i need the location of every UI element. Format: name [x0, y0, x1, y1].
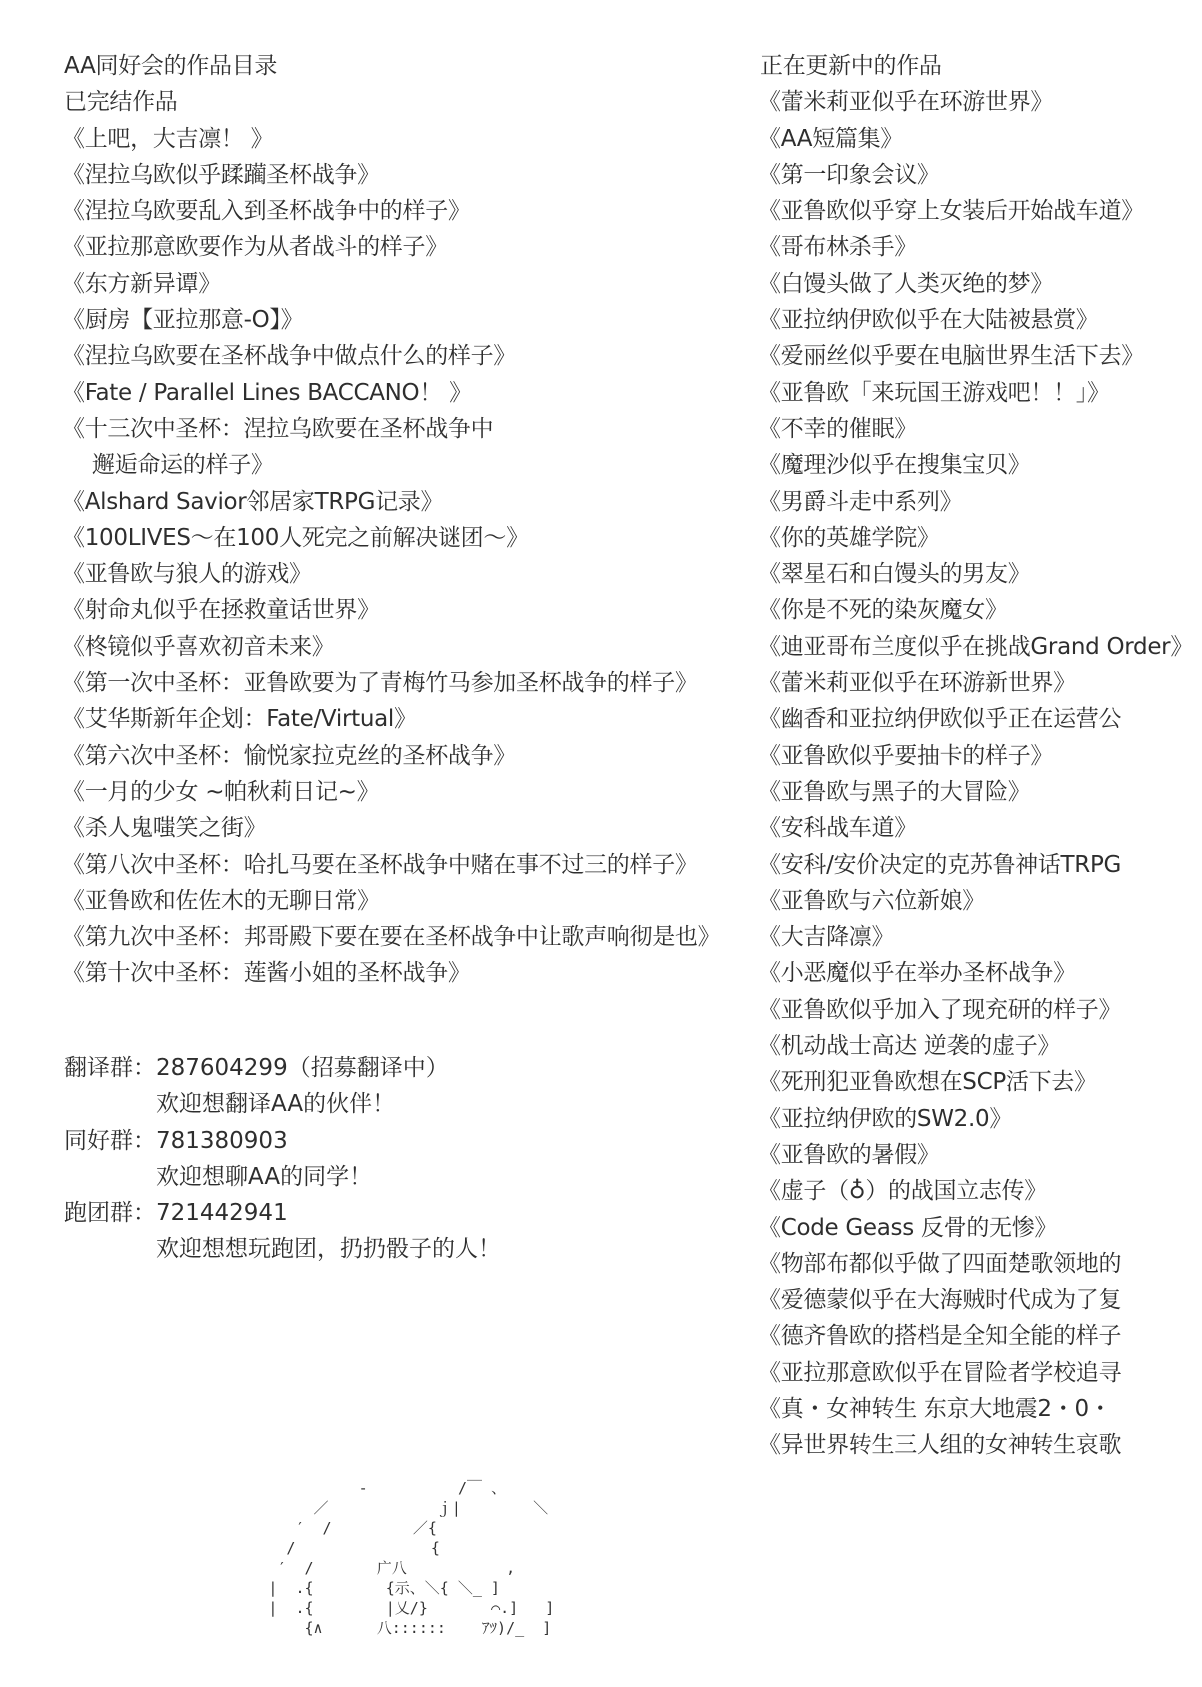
ongoing-work-item: 《亚鲁欧的暑假》 [760, 1137, 1202, 1173]
group-note: 欢迎想翻译AA的伙伴！ [64, 1086, 501, 1122]
completed-work-item: 《十三次中圣杯：涅拉乌欧要在圣杯战争中 [62, 411, 754, 447]
ascii-art-illustration: - /￣ 、 ／ ｊ| ＼ ′ / ／{ / { ′ / 广八 , | .{ {… [160, 1478, 554, 1638]
completed-work-item: 《上吧，大吉凛！ 》 [62, 121, 754, 157]
ongoing-work-item: 《机动战士高达 逆袭的虚子》 [760, 1028, 1202, 1064]
ongoing-work-item: 《迪亚哥布兰度似乎在挑战Grand Order》 [760, 629, 1202, 665]
ongoing-work-item: 《物部布都似乎做了四面楚歌领地的 [760, 1246, 1202, 1282]
ongoing-works-column: 正在更新中的作品 《蕾米莉亚似乎在环游世界》 《AA短篇集》 《第一印象会议》 … [760, 48, 1202, 1464]
ongoing-section-title: 正在更新中的作品 [760, 48, 1202, 84]
ongoing-work-item: 《安科战车道》 [760, 810, 1202, 846]
ongoing-work-item: 《翠星石和白馒头的男友》 [760, 556, 1202, 592]
ongoing-work-item: 《亚鲁欧与六位新娘》 [760, 883, 1202, 919]
trpg-group-row: 跑团群： 721442941 [64, 1195, 501, 1231]
ongoing-work-item: 《你是不死的染灰魔女》 [760, 592, 1202, 628]
completed-work-item: 《100LIVES～在100人死完之前解决谜团～》 [62, 520, 754, 556]
ongoing-work-item: 《亚鲁欧似乎要抽卡的样子》 [760, 738, 1202, 774]
ongoing-work-item: 《虚子（♁）的战国立志传》 [760, 1173, 1202, 1209]
ongoing-work-item: 《男爵斗走中系列》 [760, 484, 1202, 520]
completed-section-title: 已完结作品 [64, 84, 754, 120]
completed-work-item: 《东方新异谭》 [62, 266, 754, 302]
ongoing-work-item: 《大吉降凛》 [760, 919, 1202, 955]
ongoing-work-item: 《亚鲁欧与黑子的大冒险》 [760, 774, 1202, 810]
group-contacts: 翻译群： 287604299（招募翻译中） 欢迎想翻译AA的伙伴！ 同好群： 7… [64, 1050, 501, 1268]
ongoing-work-item: 《亚鲁欧似乎穿上女装后开始战车道》 [760, 193, 1202, 229]
translation-group-row: 翻译群： 287604299（招募翻译中） [64, 1050, 501, 1086]
ongoing-work-item: 《不幸的催眠》 [760, 411, 1202, 447]
ongoing-work-item: 《AA短篇集》 [760, 121, 1202, 157]
ongoing-work-item: 《德齐鲁欧的搭档是全知全能的样子 [760, 1318, 1202, 1354]
completed-work-item: 《射命丸似乎在拯救童话世界》 [62, 592, 754, 628]
group-number: 721442941 [156, 1195, 288, 1231]
ongoing-work-item: 《亚拉纳伊欧似乎在大陆被悬赏》 [760, 302, 1202, 338]
group-note: 欢迎想想玩跑团，扔扔骰子的人！ [64, 1231, 501, 1267]
ongoing-work-item: 《爱德蒙似乎在大海贼时代成为了复 [760, 1282, 1202, 1318]
ongoing-work-item: 《蕾米莉亚似乎在环游世界》 [760, 84, 1202, 120]
completed-work-item: 《厨房【亚拉那意-O】》 [62, 302, 754, 338]
ongoing-work-item: 《Code Geass 反骨的无惨》 [760, 1210, 1202, 1246]
completed-works-column: AA同好会的作品目录 已完结作品 《上吧，大吉凛！ 》 《涅拉乌欧似乎蹂躏圣杯战… [64, 48, 754, 992]
completed-work-item: 《第一次中圣杯：亚鲁欧要为了青梅竹马参加圣杯战争的样子》 [62, 665, 754, 701]
page-heading: AA同好会的作品目录 [64, 48, 754, 84]
ongoing-work-item: 《亚拉纳伊欧的SW2.0》 [760, 1101, 1202, 1137]
completed-work-item: 《艾华斯新年企划：Fate/Virtual》 [62, 701, 754, 737]
completed-work-item: 《Alshard Savior邻居家TRPG记录》 [62, 484, 754, 520]
completed-work-item: 《柊镜似乎喜欢初音未来》 [62, 629, 754, 665]
completed-work-item: 《第十次中圣杯：莲酱小姐的圣杯战争》 [62, 955, 754, 991]
ongoing-work-item: 《你的英雄学院》 [760, 520, 1202, 556]
ongoing-work-item: 《爱丽丝似乎要在电脑世界生活下去》 [760, 338, 1202, 374]
ongoing-work-item: 《魔理沙似乎在搜集宝贝》 [760, 447, 1202, 483]
completed-work-item: 《涅拉乌欧要在圣杯战争中做点什么的样子》 [62, 338, 754, 374]
ongoing-work-item: 《安科/安价决定的克苏鲁神话TRPG [760, 847, 1202, 883]
completed-work-item: 《第八次中圣杯：哈扎马要在圣杯战争中赌在事不过三的样子》 [62, 847, 754, 883]
group-label: 跑团群： [64, 1195, 156, 1231]
ongoing-work-item: 《真・女神转生 东京大地震2・0・ [760, 1391, 1202, 1427]
ongoing-work-item: 《小恶魔似乎在举办圣杯战争》 [760, 955, 1202, 991]
completed-work-item: 《亚拉那意欧要作为从者战斗的样子》 [62, 229, 754, 265]
ongoing-work-item: 《亚鲁欧「来玩国王游戏吧！！」》 [760, 375, 1202, 411]
completed-work-item: 《亚鲁欧和佐佐木的无聊日常》 [62, 883, 754, 919]
completed-work-item: 《亚鲁欧与狼人的游戏》 [62, 556, 754, 592]
group-label: 翻译群： [64, 1050, 156, 1086]
ongoing-work-item: 《哥布林杀手》 [760, 229, 1202, 265]
group-note: 欢迎想聊AA的同学！ [64, 1159, 501, 1195]
completed-work-item: 《第九次中圣杯：邦哥殿下要在要在圣杯战争中让歌声响彻是也》 [62, 919, 754, 955]
ongoing-work-item: 《第一印象会议》 [760, 157, 1202, 193]
group-label: 同好群： [64, 1123, 156, 1159]
completed-work-item-continuation: 邂逅命运的样子》 [62, 447, 754, 483]
fan-group-row: 同好群： 781380903 [64, 1123, 501, 1159]
group-number: 287604299（招募翻译中） [156, 1050, 449, 1086]
completed-work-item: 《Fate / Parallel Lines BACCANO！ 》 [62, 375, 754, 411]
ongoing-work-item: 《死刑犯亚鲁欧想在SCP活下去》 [760, 1064, 1202, 1100]
completed-work-item: 《第六次中圣杯：愉悦家拉克丝的圣杯战争》 [62, 738, 754, 774]
ongoing-work-item: 《白馒头做了人类灭绝的梦》 [760, 266, 1202, 302]
completed-work-item: 《杀人鬼嗤笑之街》 [62, 810, 754, 846]
completed-work-item: 《涅拉乌欧要乱入到圣杯战争中的样子》 [62, 193, 754, 229]
ongoing-work-item: 《亚拉那意欧似乎在冒险者学校追寻 [760, 1355, 1202, 1391]
group-number: 781380903 [156, 1123, 288, 1159]
completed-work-item: 《涅拉乌欧似乎蹂躏圣杯战争》 [62, 157, 754, 193]
ongoing-work-item: 《蕾米莉亚似乎在环游新世界》 [760, 665, 1202, 701]
ongoing-work-item: 《幽香和亚拉纳伊欧似乎正在运营公 [760, 701, 1202, 737]
ongoing-work-item: 《亚鲁欧似乎加入了现充研的样子》 [760, 992, 1202, 1028]
completed-work-item: 《一月的少女 ~帕秋莉日记~》 [62, 774, 754, 810]
ongoing-work-item: 《异世界转生三人组的女神转生哀歌 [760, 1427, 1202, 1463]
